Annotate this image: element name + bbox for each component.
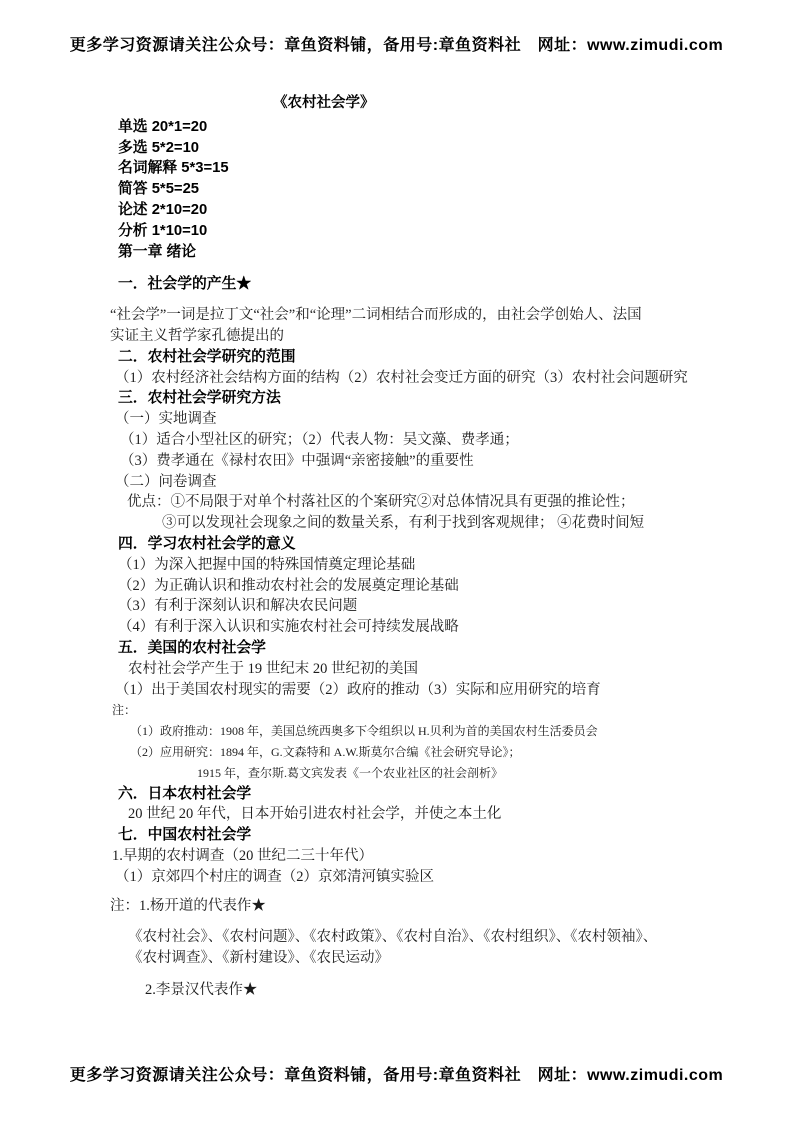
note-heading: 2.李景汉代表作★ xyxy=(145,980,793,1001)
body-line: 农村社会学产生于 19 世纪末 20 世纪初的美国 xyxy=(128,659,793,680)
body-line: ③可以发现社会现象之间的数量关系，有利于找到客观规律； ④花费时间短 xyxy=(162,513,793,534)
works-list-line: 《农村调查》、《新村建设》、《农民运动》 xyxy=(128,948,793,969)
note-line: （1）政府推动：1908 年，美国总统西奥多下令组织以 H.贝利为首的美国农村生… xyxy=(130,721,793,742)
document-lines: 单选 20*1=20多选 5*2=10名词解释 5*3=15简答 5*5=25论… xyxy=(110,117,793,1001)
exam-structure-line: 多选 5*2=10 xyxy=(118,138,793,159)
exam-structure-line: 简答 5*5=25 xyxy=(118,179,793,200)
section-heading: 一．社会学的产生★ xyxy=(118,274,793,295)
section-heading: 五．美国的农村社会学 xyxy=(118,638,793,659)
body-line: （1）出于美国农村现实的需要（2）政府的推动（3）实际和应用研究的培育 xyxy=(115,680,793,701)
body-line: （4）有利于深入认识和实施农村社会可持续发展战略 xyxy=(118,617,793,638)
section-heading: 二．农村社会学研究的范围 xyxy=(118,347,793,368)
note-line: 注： xyxy=(112,700,793,721)
section-heading: 六．日本农村社会学 xyxy=(118,784,793,805)
footer-promo-banner: 更多学习资源请关注公众号：章鱼资料铺，备用号:章鱼资料社 网址：www.zimu… xyxy=(0,1063,793,1089)
note-heading: 注：1.杨开道的代表作★ xyxy=(110,896,793,917)
document-page: 更多学习资源请关注公众号：章鱼资料铺，备用号:章鱼资料社 网址：www.zimu… xyxy=(0,0,793,1122)
body-line: “社会学”一词是拉丁文“社会”和“论理”二词相结合而形成的，由社会学创始人、法国 xyxy=(110,305,793,326)
document-content: 《农村社会学》 单选 20*1=20多选 5*2=10名词解释 5*3=15简答… xyxy=(110,93,793,1001)
document-title: 《农村社会学》 xyxy=(273,93,793,114)
body-line: （3）有利于深刻认识和解决农民问题 xyxy=(118,596,793,617)
note-line: （2）应用研究：1894 年，G.文森特和 A.W.斯莫尔合编《社会研究导论》； xyxy=(130,742,793,763)
chapter-heading: 第一章 绪论 xyxy=(118,242,793,263)
body-line: （1）为深入把握中国的特殊国情奠定理论基础 xyxy=(118,555,793,576)
body-line: 20 世纪 20 年代，日本开始引进农村社会学，并使之本土化 xyxy=(128,804,793,825)
body-line: 优点：①不局限于对单个村落社区的个案研究②对总体情况具有更强的推论性； xyxy=(127,492,793,513)
works-list-line: 《农村社会》、《农村问题》、《农村政策》、《农村自治》、《农村组织》、《农村领袖… xyxy=(128,927,793,948)
section-heading: 三．农村社会学研究方法 xyxy=(118,388,793,409)
header-promo-banner: 更多学习资源请关注公众号：章鱼资料铺，备用号:章鱼资料社 网址：www.zimu… xyxy=(0,33,793,59)
section-heading: 四．学习农村社会学的意义 xyxy=(118,534,793,555)
section-heading: 七．中国农村社会学 xyxy=(118,825,793,846)
body-line: （二）问卷调查 xyxy=(115,472,793,493)
body-line: （一）实地调查 xyxy=(115,409,793,430)
body-line: （1）适合小型社区的研究；（2）代表人物：吴文藻、费孝通； xyxy=(120,430,793,451)
exam-structure-line: 单选 20*1=20 xyxy=(118,117,793,138)
body-line: （1）京郊四个村庄的调查（2）京郊清河镇实验区 xyxy=(115,867,793,888)
exam-structure-line: 论述 2*10=20 xyxy=(118,200,793,221)
body-line: （3）费孝通在《禄村农田》中强调“亲密接触”的重要性 xyxy=(120,451,793,472)
exam-structure-line: 分析 1*10=10 xyxy=(118,221,793,242)
exam-structure-line: 名词解释 5*3=15 xyxy=(118,158,793,179)
body-line: （1）农村经济社会结构方面的结构（2）农村社会变迁方面的研究（3）农村社会问题研… xyxy=(115,368,793,389)
note-line: 1915 年，查尔斯.葛文宾发表《一个农业社区的社会剖析》 xyxy=(197,763,793,784)
body-line: （2）为正确认识和推动农村社会的发展奠定理论基础 xyxy=(118,576,793,597)
body-line: 实证主义哲学家孔德提出的 xyxy=(110,326,793,347)
body-line: 1.早期的农村调查（20 世纪二三十年代） xyxy=(112,846,793,867)
